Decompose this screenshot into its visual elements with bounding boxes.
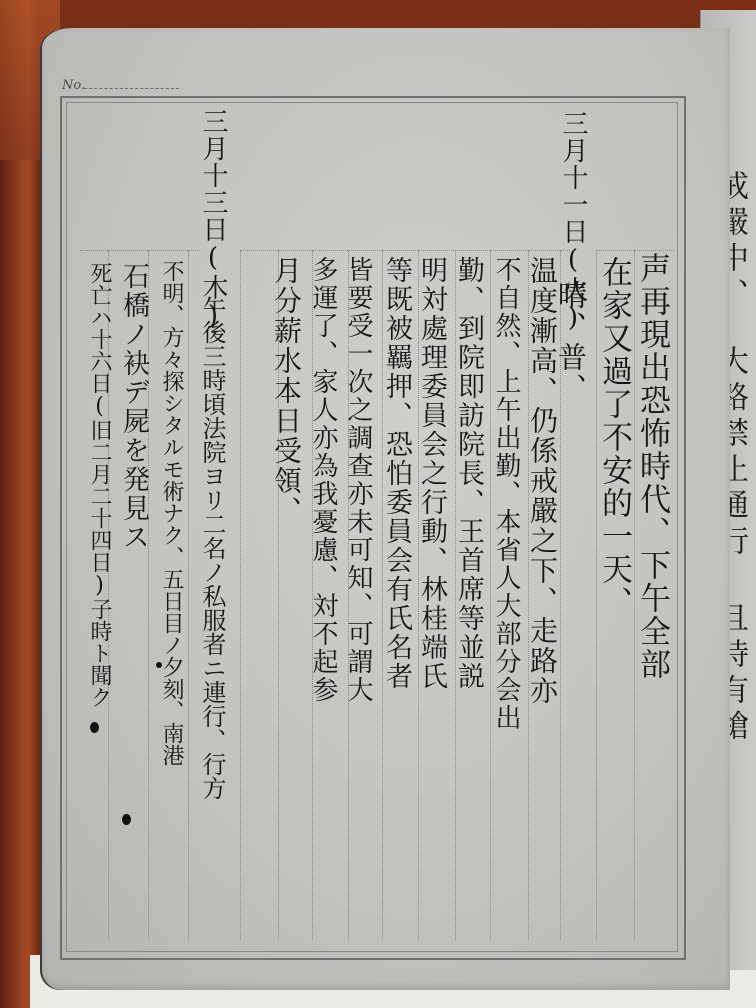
header-rule-mid xyxy=(240,250,570,251)
entry-1-column-6: 明対處理委員会之行動、林桂端氏 xyxy=(418,256,445,691)
ink-blot xyxy=(122,814,131,825)
entry-1-column-3: 温度漸高、仍係戒嚴之下、走路亦 xyxy=(528,256,556,706)
entry-1-column-8: 皆要受一次之調查亦未可知、可謂大 xyxy=(345,256,371,704)
column-rule xyxy=(240,250,241,940)
entry-2-column-4: 死亡ハ十六日(旧二月二十四日)子時ト聞ク xyxy=(88,262,110,708)
entry-2-column-1: 午後三時頃法院ヨリ二名ノ私服者ニ連行、行方 xyxy=(200,296,224,800)
header-rule-right xyxy=(596,250,674,251)
entry-2-column-2: 不明、方々探シタルモ術ナク、五日目ノ夕刻、南港 xyxy=(160,260,182,766)
entry-1-column-2: 在家又過了不安的一天、 xyxy=(598,256,629,619)
page-number-label: No. xyxy=(62,78,85,93)
column-rule xyxy=(188,250,189,940)
entry-1-column-9: 多運了、家人亦為我憂慮、対不起参 xyxy=(310,256,336,704)
page-number-line xyxy=(84,88,179,89)
entry-1-column-5: 勤、到院即訪院長、王首席等並説 xyxy=(455,256,482,691)
entry-1-column-10: 月分薪水本日受領、 xyxy=(272,256,300,526)
entry-1-weather: 晴、普、 xyxy=(556,280,585,404)
header-rule-left xyxy=(80,250,200,251)
entry-1-column-1: 声再現出恐怖時代、下午全部 xyxy=(636,252,667,681)
entry-1-column-7: 等既被羈押、恐怕委員会有氏名者 xyxy=(383,256,410,691)
ink-blot xyxy=(156,662,162,668)
entry-1-column-4: 不自然、上午出勤、本省人大部分会出 xyxy=(493,256,519,732)
ink-blot xyxy=(90,722,99,733)
entry-2-column-3: 石橋ノ袂デ屍を発見ス xyxy=(120,262,147,552)
